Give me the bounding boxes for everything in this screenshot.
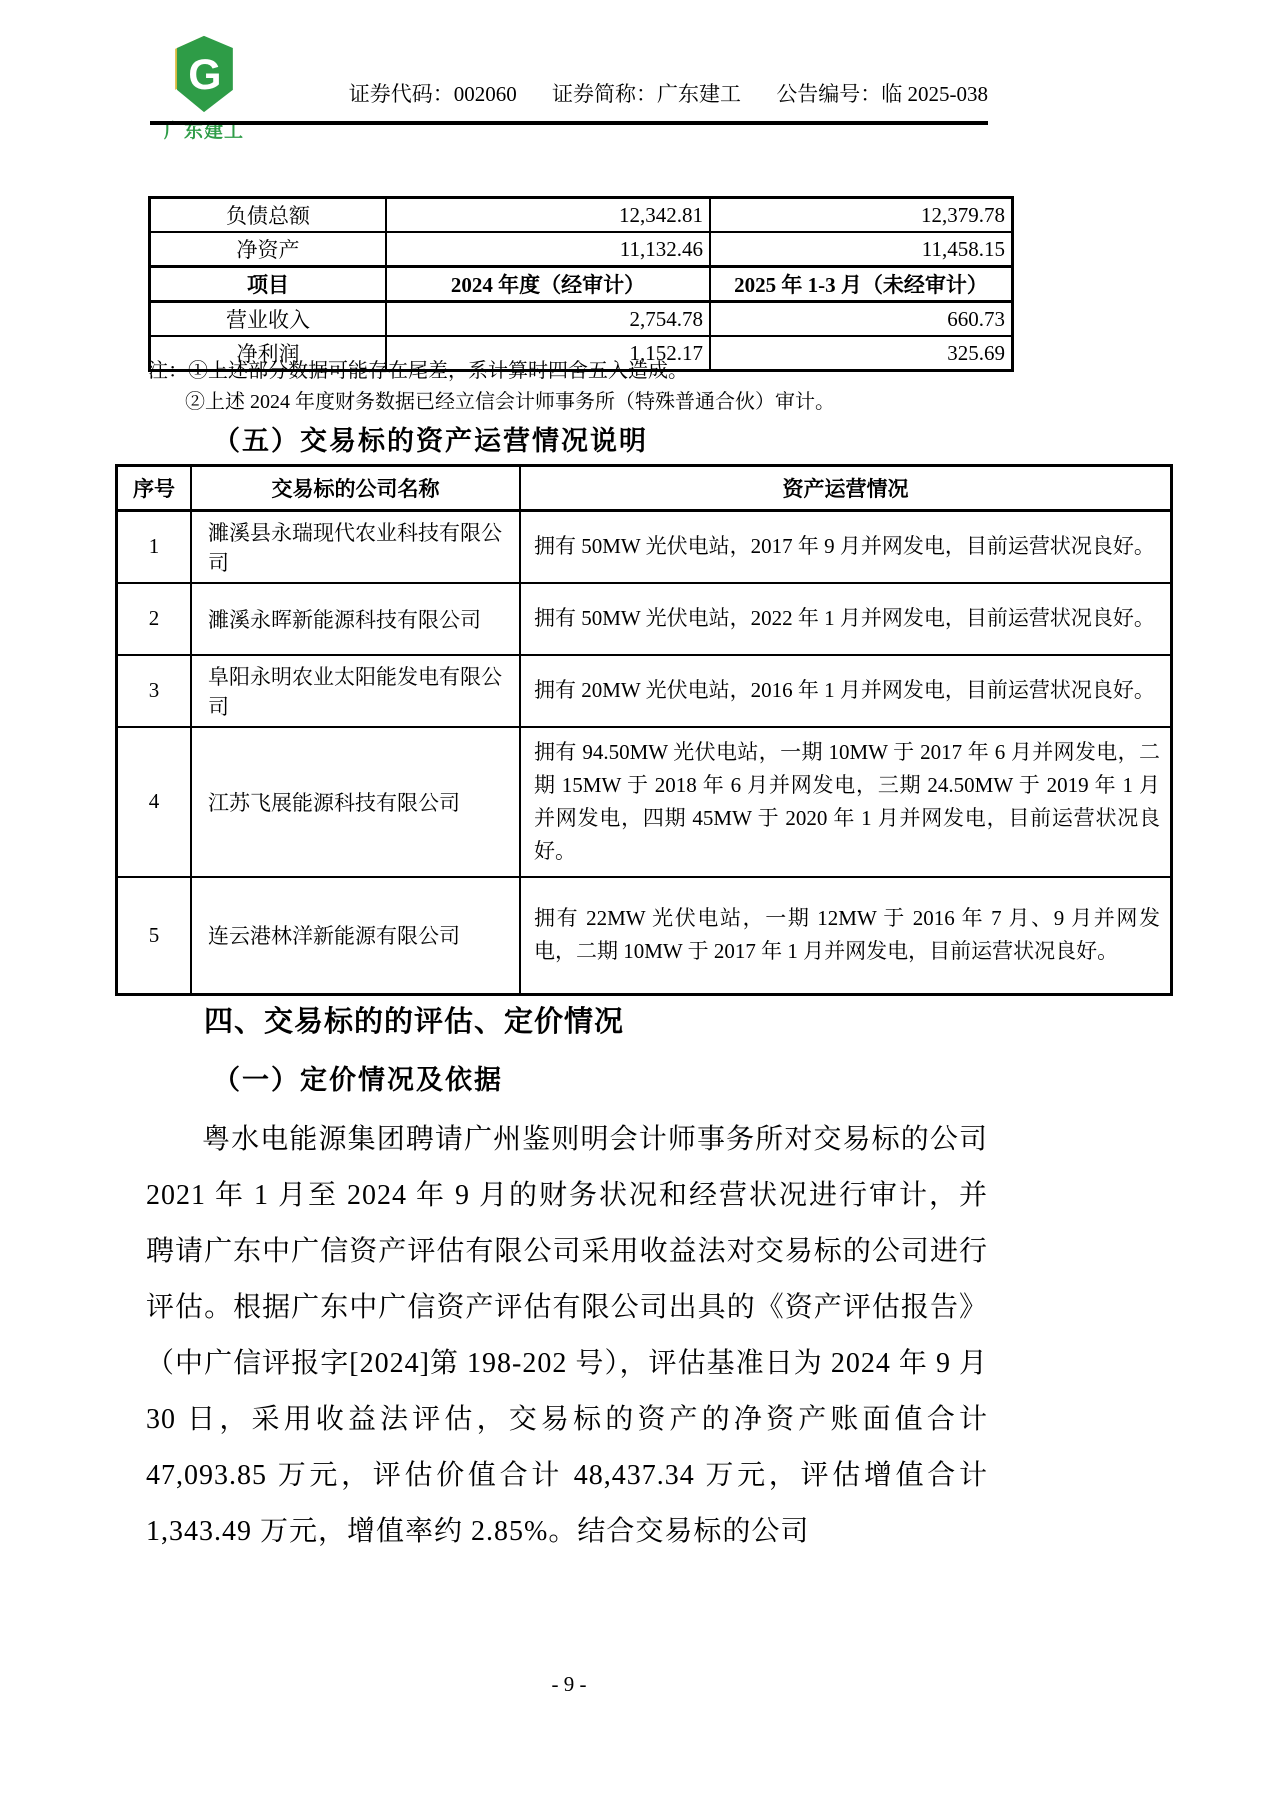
table-row: 负债总额 12,342.81 12,379.78 <box>150 198 1013 233</box>
row-no: 5 <box>117 877 192 995</box>
row-no: 4 <box>117 727 192 877</box>
document-page: G 广东建工 证券代码：002060 证券简称：广东建工 公告编号：临 2025… <box>0 0 1270 1796</box>
announcement-number: 公告编号：临 2025-038 <box>776 82 988 106</box>
row-operation: 拥有 50MW 光伏电站，2022 年 1 月并网发电，目前运营状况良好。 <box>520 583 1172 655</box>
fin-header-item: 项目 <box>150 267 387 302</box>
fin-row-value-2025: 12,379.78 <box>710 198 1013 233</box>
col-header-company: 交易标的公司名称 <box>191 466 520 511</box>
row-company: 濉溪县永瑞现代农业科技有限公司 <box>191 511 520 583</box>
fin-row-value-2024: 2,754.78 <box>386 302 710 337</box>
stock-name: 证券简称：广东建工 <box>552 82 741 106</box>
table-row: 3 阜阳永明农业太阳能发电有限公司 拥有 20MW 光伏电站，2016 年 1 … <box>117 655 1172 727</box>
fin-row-label: 营业收入 <box>150 302 387 337</box>
col-header-operation: 资产运营情况 <box>520 466 1172 511</box>
fin-header-2025: 2025 年 1-3 月（未经审计） <box>710 267 1013 302</box>
table-header-row: 序号 交易标的公司名称 资产运营情况 <box>117 466 1172 511</box>
row-no: 1 <box>117 511 192 583</box>
table-row: 4 江苏飞展能源科技有限公司 拥有 94.50MW 光伏电站，一期 10MW 于… <box>117 727 1172 877</box>
table-notes: 注：①上述部分数据可能存在尾差，系计算时四舍五入造成。 ②上述 2024 年度财… <box>148 356 990 418</box>
fin-row-value-2024: 12,342.81 <box>386 198 710 233</box>
fin-header-2024: 2024 年度（经审计） <box>386 267 710 302</box>
table-header-row: 项目 2024 年度（经审计） 2025 年 1-3 月（未经审计） <box>150 267 1013 302</box>
table-row: 5 连云港林洋新能源有限公司 拥有 22MW 光伏电站，一期 12MW 于 20… <box>117 877 1172 995</box>
financial-summary-table: 负债总额 12,342.81 12,379.78 净资产 11,132.46 1… <box>148 196 1014 372</box>
header-info-line: 证券代码：002060 证券简称：广东建工 公告编号：临 2025-038 <box>150 78 988 108</box>
row-no: 3 <box>117 655 192 727</box>
section4-subtitle: （一）定价情况及依据 <box>213 1058 503 1097</box>
col-header-no: 序号 <box>117 466 192 511</box>
row-company: 阜阳永明农业太阳能发电有限公司 <box>191 655 520 727</box>
row-operation: 拥有 94.50MW 光伏电站，一期 10MW 于 2017 年 6 月并网发电… <box>520 727 1172 877</box>
table-row: 2 濉溪永晖新能源科技有限公司 拥有 50MW 光伏电站，2022 年 1 月并… <box>117 583 1172 655</box>
section5-title: （五）交易标的资产运营情况说明 <box>213 419 648 458</box>
fin-row-label: 负债总额 <box>150 198 387 233</box>
row-operation: 拥有 50MW 光伏电站，2017 年 9 月并网发电，目前运营状况良好。 <box>520 511 1172 583</box>
pricing-paragraph: 粤水电能源集团聘请广州鉴则明会计师事务所对交易标的公司 2021 年 1 月至 … <box>146 1112 988 1560</box>
row-operation: 拥有 22MW 光伏电站，一期 12MW 于 2016 年 7 月、9 月并网发… <box>520 877 1172 995</box>
asset-operation-table: 序号 交易标的公司名称 资产运营情况 1 濉溪县永瑞现代农业科技有限公司 拥有 … <box>115 464 1173 996</box>
row-operation: 拥有 20MW 光伏电站，2016 年 1 月并网发电，目前运营状况良好。 <box>520 655 1172 727</box>
page-number: - 9 - <box>150 1672 988 1697</box>
row-company: 江苏飞展能源科技有限公司 <box>191 727 520 877</box>
row-company: 濉溪永晖新能源科技有限公司 <box>191 583 520 655</box>
note-line-1: 注：①上述部分数据可能存在尾差，系计算时四舍五入造成。 <box>148 356 990 387</box>
header-divider <box>150 121 988 125</box>
note-line-2: ②上述 2024 年度财务数据已经立信会计师事务所（特殊普通合伙）审计。 <box>185 387 990 418</box>
table-row: 净资产 11,132.46 11,458.15 <box>150 232 1013 267</box>
stock-code: 证券代码：002060 <box>349 82 517 106</box>
fin-row-value-2024: 11,132.46 <box>386 232 710 267</box>
table-row: 1 濉溪县永瑞现代农业科技有限公司 拥有 50MW 光伏电站，2017 年 9 … <box>117 511 1172 583</box>
section4-title: 四、交易标的的评估、定价情况 <box>204 999 624 1040</box>
fin-row-value-2025: 11,458.15 <box>710 232 1013 267</box>
fin-row-value-2025: 660.73 <box>710 302 1013 337</box>
row-no: 2 <box>117 583 192 655</box>
row-company: 连云港林洋新能源有限公司 <box>191 877 520 995</box>
table-row: 营业收入 2,754.78 660.73 <box>150 302 1013 337</box>
fin-row-label: 净资产 <box>150 232 387 267</box>
